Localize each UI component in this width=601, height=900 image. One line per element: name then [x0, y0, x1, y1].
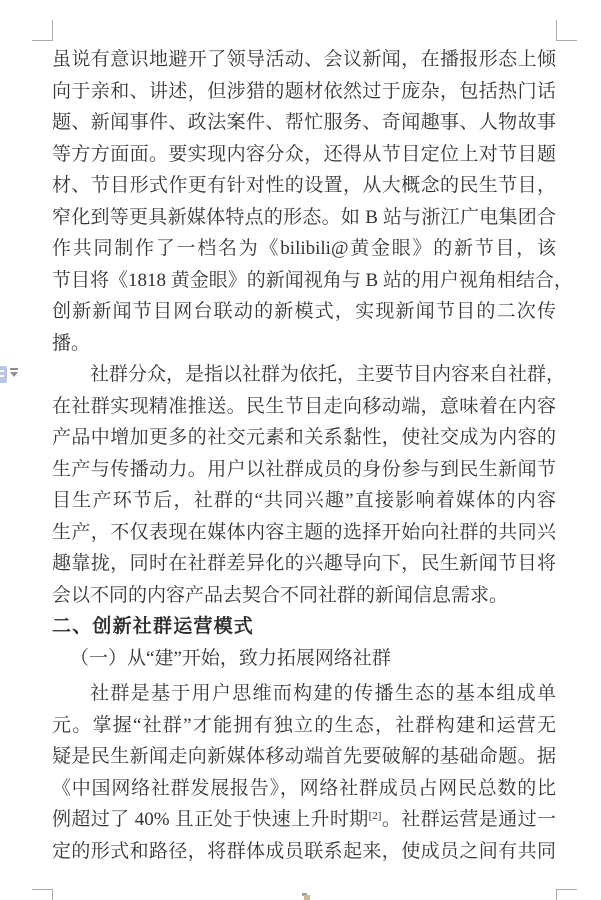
section-heading: 二、创新社群运营模式 [52, 611, 556, 643]
text-line: 创新新闻节目网台联动的新模式，实现新闻节目的二次传 [52, 296, 556, 328]
footnote-reference: [2] [369, 810, 382, 822]
text-line: 生产与传播动力。用户以社群成员的身份参与到民生新闻节 [52, 454, 556, 486]
text-line: 趣靠拢，同时在社群差异化的兴趣导向下，民生新闻节目将 [52, 548, 556, 580]
text-line: 题、新闻事件、政法案件、帮忙服务、奇闻趣事、人物故事 [52, 107, 556, 139]
margin-mark-top-left [52, 20, 53, 41]
margin-mark-top-right [556, 20, 557, 41]
margin-mark-bottom-left [52, 889, 53, 900]
footer-fragment [301, 893, 310, 900]
chevron-down-icon[interactable] [10, 367, 18, 377]
paste-options-button[interactable] [0, 366, 19, 384]
text-line: 材、节目形式作更有针对性的设置，从大概念的民生节目， [52, 170, 556, 202]
subsection-heading: （一）从“建”开始，致力拓展网络社群 [52, 643, 556, 675]
text-line: 定的形式和路径，将群体成员联系起来，使成员之间有共同 [52, 836, 556, 868]
text-line: 社群分众，是指以社群为依托，主要节目内容来自社群， [52, 359, 556, 391]
margin-mark-bottom-right [556, 889, 557, 900]
text-line: 向于亲和、讲述，但涉猎的题材依然过于庞杂，包括热门话 [52, 76, 556, 108]
paste-options-icon [0, 366, 7, 383]
text-line: 作共同制作了一档名为《bilibili@黄金眼》的新节目，该 [52, 233, 556, 265]
text-line: 会以不同的内容产品去契合不同社群的新闻信息需求。 [52, 580, 556, 612]
text-line: 在社群实现精准推送。民生节目走向移动端，意味着在内容 [52, 391, 556, 423]
text-line: 播。 [52, 328, 556, 360]
text-block: 虽说有意识地避开了领导活动、会议新闻，在播报形态上倾向于亲和、讲述，但涉猎的题材… [52, 44, 556, 867]
text-line: 等方方面面。要实现内容分众，还得从节目定位上对节目题 [52, 139, 556, 171]
text-line: 节目将《1818 黄金眼》的新闻视角与 B 站的用户视角相结合， [52, 265, 556, 297]
text-line: 社群是基于用户思维而构建的传播生态的基本组成单 [52, 678, 556, 710]
text-line: 元。掌握“社群”才能拥有独立的生态，社群构建和运营无 [52, 710, 556, 742]
margin-mark-bottom-left [32, 889, 53, 890]
margin-mark-bottom-right [556, 889, 577, 890]
text-line: 目生产环节后，社群的“共同兴趣”直接影响着媒体的内容 [52, 485, 556, 517]
margin-mark-top-right [556, 40, 577, 41]
text-line: 虽说有意识地避开了领导活动、会议新闻，在播报形态上倾 [52, 44, 556, 76]
text-line: 《中国网络社群发展报告》，网络社群成员占网民总数的比 [52, 773, 556, 805]
text-line: 例超过了 40% 且正处于快速上升时期[2]。社群运营是通过一 [52, 804, 556, 836]
text-line: 产品中增加更多的社交元素和关系黏性，使社交成为内容的 [52, 422, 556, 454]
text-line: 疑是民生新闻走向新媒体移动端首先要破解的基础命题。据 [52, 741, 556, 773]
text-line: 生产，不仅表现在媒体内容主题的选择开始向社群的共同兴 [52, 517, 556, 549]
text-line: 窄化到等更具新媒体特点的形态。如 B 站与浙江广电集团合 [52, 202, 556, 234]
margin-mark-top-left [32, 40, 53, 41]
document-page: 虽说有意识地避开了领导活动、会议新闻，在播报形态上倾向于亲和、讲述，但涉猎的题材… [0, 0, 601, 900]
